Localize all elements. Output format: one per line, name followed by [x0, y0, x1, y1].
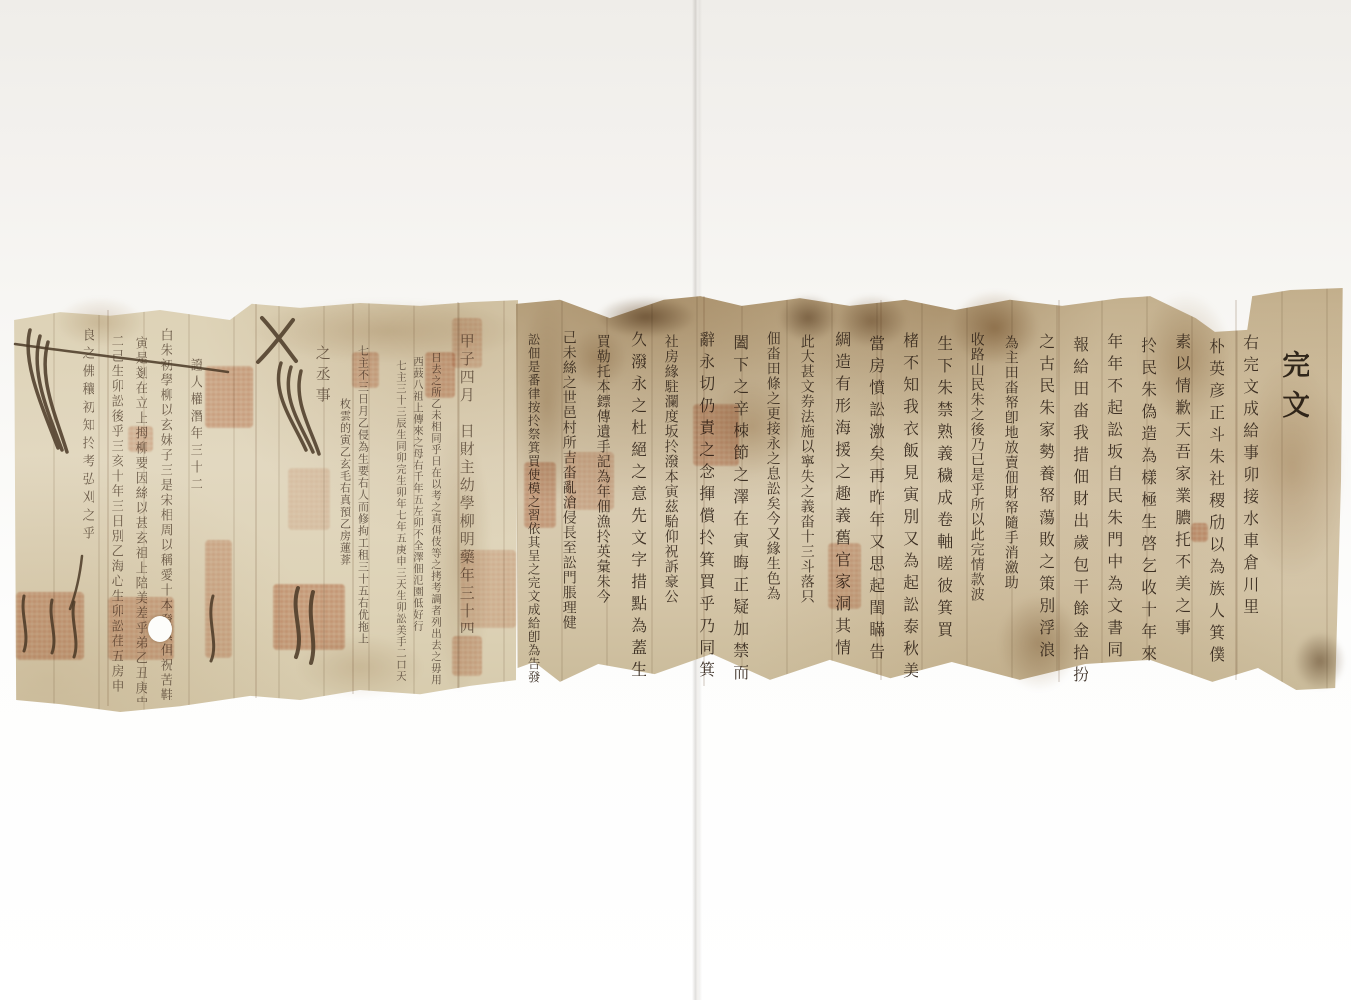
paper-hole: [148, 616, 172, 642]
right-sheet: [516, 286, 1346, 692]
photograph: 完文 右完文成給事卯接水車倉川里 朴英彦正斗朱社稷劤以為族人箕僕 素以情歉天吾家…: [0, 0, 1351, 1000]
left-sheet: [8, 298, 518, 712]
